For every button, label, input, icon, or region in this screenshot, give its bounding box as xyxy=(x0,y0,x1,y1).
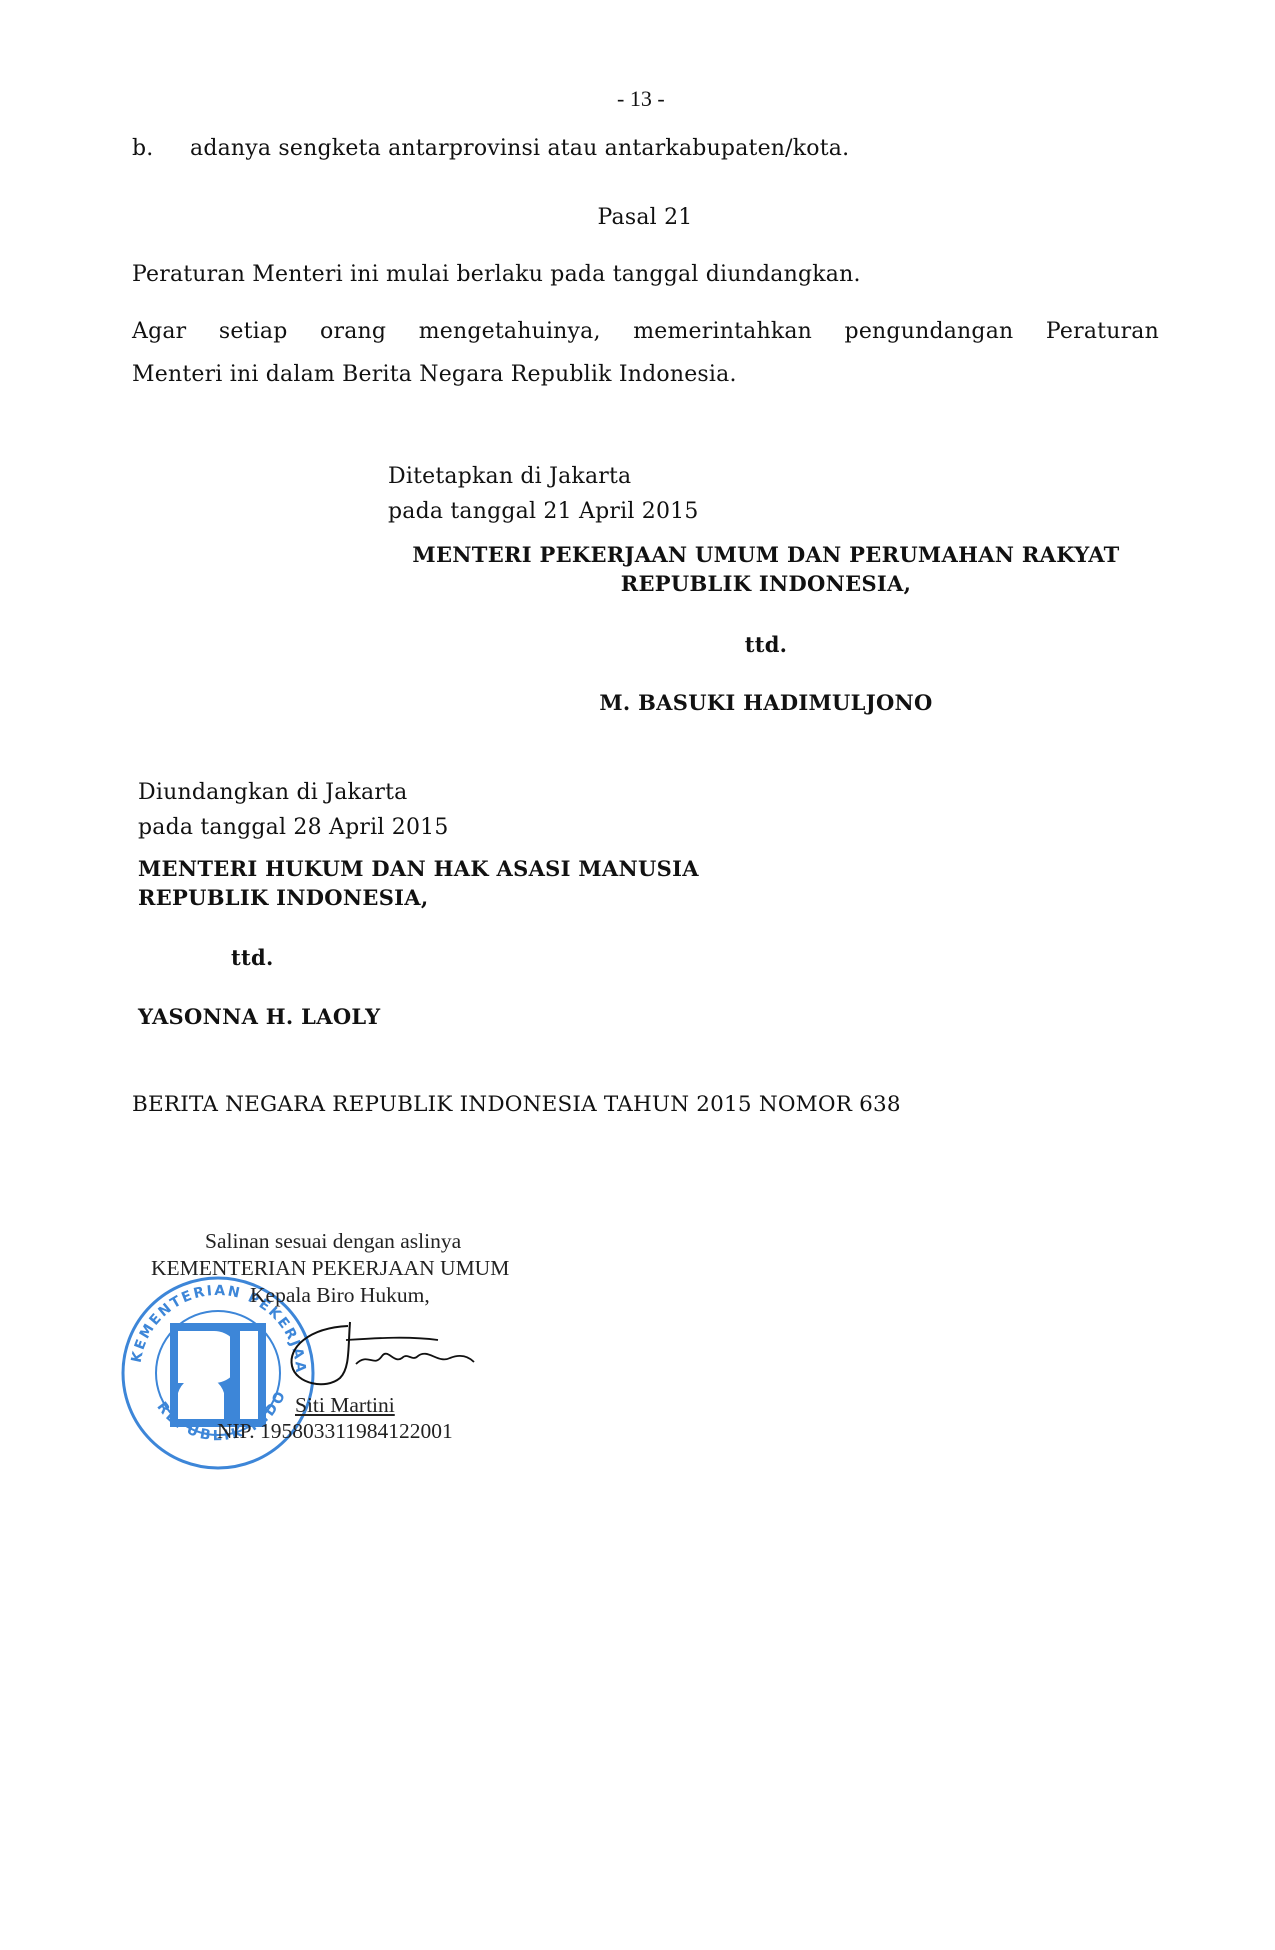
paragraph-promulgation-line1: Agar setiap orang mengetahuinya, memerin… xyxy=(132,319,1159,345)
enactment-date: pada tanggal 21 April 2015 xyxy=(388,499,699,525)
enactment-signatory-name: M. BASUKI HADIMULJONO xyxy=(388,690,1144,716)
promulgation-title-line2: REPUBLIK INDONESIA, xyxy=(138,885,428,911)
gazette-reference: BERITA NEGARA REPUBLIK INDONESIA TAHUN 2… xyxy=(132,1092,901,1118)
paragraph-effective: Peraturan Menteri ini mulai berlaku pada… xyxy=(132,262,861,288)
list-item-text: adanya sengketa antarprovinsi atau antar… xyxy=(190,136,849,162)
paragraph-promulgation-line2: Menteri ini dalam Berita Negara Republik… xyxy=(132,362,737,388)
enactment-signature-mark: ttd. xyxy=(388,632,1144,658)
promulgation-title-line1: MENTERI HUKUM DAN HAK ASASI MANUSIA xyxy=(138,856,699,882)
enactment-title-line2: REPUBLIK INDONESIA, xyxy=(388,571,1144,597)
article-heading: Pasal 21 xyxy=(0,205,1275,231)
enactment-place: Ditetapkan di Jakarta xyxy=(388,464,631,490)
promulgation-place: Diundangkan di Jakarta xyxy=(138,780,407,806)
enactment-title-line1: MENTERI PEKERJAAN UMUM DAN PERUMAHAN RAK… xyxy=(388,542,1144,568)
handwritten-signature-icon xyxy=(278,1318,488,1398)
promulgation-signature-mark: ttd. xyxy=(231,945,274,971)
certified-signatory-nip: NIP. 195803311984122001 xyxy=(217,1418,453,1445)
promulgation-date: pada tanggal 28 April 2015 xyxy=(138,815,449,841)
page-number: - 13 - xyxy=(617,86,665,112)
certified-copy-line2: KEMENTERIAN PEKERJAAN UMUM xyxy=(151,1255,509,1282)
certified-copy-line1: Salinan sesuai dengan aslinya xyxy=(205,1228,461,1255)
certified-signatory-name: Siti Martini xyxy=(295,1392,395,1419)
promulgation-signatory-name: YASONNA H. LAOLY xyxy=(138,1004,380,1030)
list-marker: b. xyxy=(132,136,153,162)
certified-copy-line3: Kepala Biro Hukum, xyxy=(250,1282,430,1309)
